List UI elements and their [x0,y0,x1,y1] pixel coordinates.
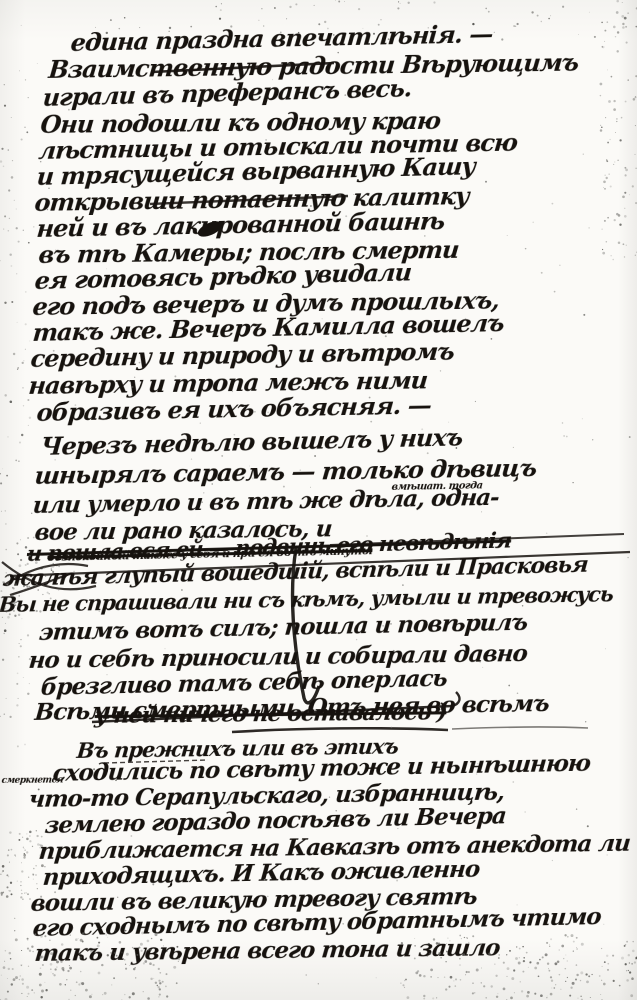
handwritten-line: такъ и увѣрена всего тона и зашло [33,934,500,967]
interlinear-note: смеркнется [1,775,64,786]
handwritten-line: у ней ничего не оставалось ) [94,699,448,729]
manuscript-page: едина праздна впечатлѣнія. —Взаимственну… [0,0,637,1000]
handwritten-line: образивъ ея ихъ объясняя. — [36,390,433,427]
handwritten-line: или умерло и въ тѣ же дѣла, одна- [32,484,500,519]
separator-dash [232,728,448,732]
separator-dash [452,727,588,729]
